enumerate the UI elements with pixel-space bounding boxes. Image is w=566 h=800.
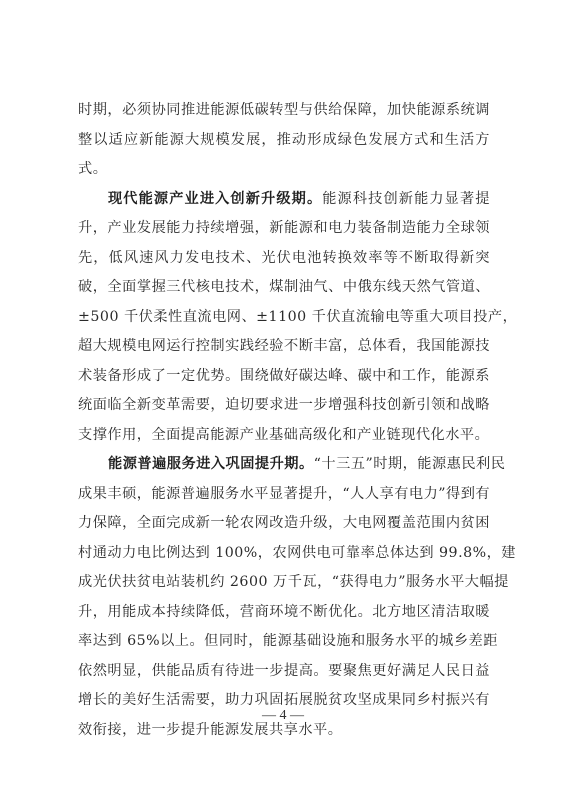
text-line: 支撑作用，全面提高能源产业基础高级化和产业链现代化水平。 — [78, 421, 490, 451]
text-line: 力保障，全面完成新一轮农网改造升级，大电网覆盖范围内贫困 — [78, 509, 490, 539]
text-line: 升，产业发展能力持续增强，新能源和电力装备制造能力全球领 — [78, 214, 490, 244]
text-line: 依然明显，供能品质有待进一步提高。要聚焦更好满足人民日益 — [78, 657, 490, 687]
page-number: — 4 — — [0, 708, 566, 724]
text-line: 超大规模电网运行控制实践经验不断丰富，总体看，我国能源技 — [78, 332, 490, 362]
text-line: 式。 — [78, 155, 490, 185]
paragraph-lead-heading: 现代能源产业进入创新升级期。 — [108, 191, 322, 207]
text-line: 成果丰硕，能源普遍服务水平显著提升，“人人享有电力”得到有 — [78, 480, 490, 510]
text-line: 能源普遍服务进入巩固提升期。“十三五”时期，能源惠民利民 — [78, 450, 490, 480]
text-line: 成光伏扶贫电站装机约 2600 万千瓦，“获得电力”服务水平大幅提 — [78, 568, 490, 598]
body-text: 时期，必须协同推进能源低碳转型与供给保障，加快能源系统调 整以适应新能源大规模发… — [78, 96, 490, 745]
text-line: 升，用能成本持续降低，营商环境不断优化。北方地区清洁取暖 — [78, 598, 490, 628]
text-line: 术装备形成了一定优势。围绕做好碳达峰、碳中和工作，能源系 — [78, 362, 490, 392]
text-line: ±500 千伏柔性直流电网、±1100 千伏直流输电等重大项目投产， — [78, 303, 490, 333]
paragraph-universal-energy-service: 能源普遍服务进入巩固提升期。“十三五”时期，能源惠民利民 成果丰硕，能源普遍服务… — [78, 450, 490, 745]
text-line: 村通动力电比例达到 100%，农网供电可靠率总体达到 99.8%，建 — [78, 539, 490, 569]
text-span: 能源科技创新能力显著提 — [322, 191, 490, 207]
text-line: 整以适应新能源大规模发展，推动形成绿色发展方式和生活方 — [78, 126, 490, 156]
text-span: “十三五”时期，能源惠民利民 — [314, 456, 506, 472]
text-line: 时期，必须协同推进能源低碳转型与供给保障，加快能源系统调 — [78, 96, 490, 126]
text-line: 破，全面掌握三代核电技术，煤制油气、中俄东线天然气管道、 — [78, 273, 490, 303]
text-line: 现代能源产业进入创新升级期。能源科技创新能力显著提 — [78, 185, 490, 215]
paragraph-continuation: 时期，必须协同推进能源低碳转型与供给保障，加快能源系统调 整以适应新能源大规模发… — [78, 96, 490, 185]
document-page: 时期，必须协同推进能源低碳转型与供给保障，加快能源系统调 整以适应新能源大规模发… — [0, 0, 566, 800]
text-line: 统面临全新变革需要，迫切要求进一步增强科技创新引领和战略 — [78, 391, 490, 421]
text-line: 率达到 65%以上。但同时，能源基础设施和服务水平的城乡差距 — [78, 627, 490, 657]
text-line: 先，低风速风力发电技术、光伏电池转换效率等不断取得新突 — [78, 244, 490, 274]
paragraph-lead-heading: 能源普遍服务进入巩固提升期。 — [108, 456, 314, 472]
paragraph-modern-energy-industry: 现代能源产业进入创新升级期。能源科技创新能力显著提 升，产业发展能力持续增强，新… — [78, 185, 490, 451]
